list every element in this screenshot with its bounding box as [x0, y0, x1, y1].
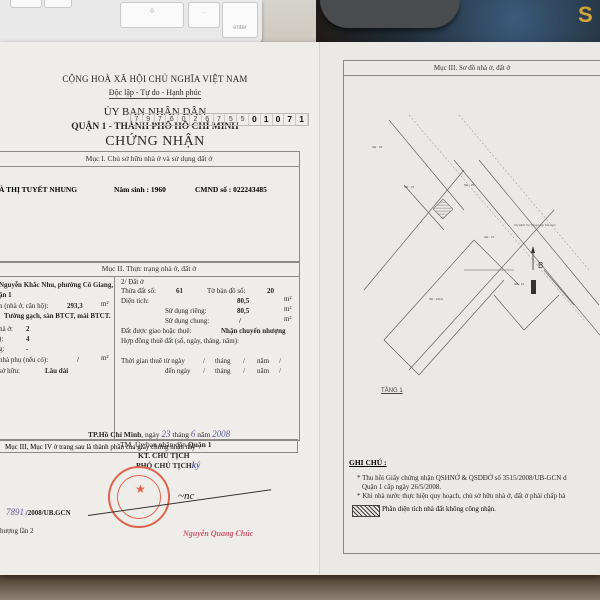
- table-edge: [0, 574, 600, 600]
- svg-text:Cty Dịch Vụ Tổng Hợp Sài Gòn: Cty Dịch Vụ Tổng Hợp Sài Gòn: [514, 223, 556, 227]
- lease-contract-label: Hợp đồng thuê đất (số, ngày, tháng, năm)…: [121, 337, 239, 345]
- note-2: * Khi nhà nước thực hiện quy hoạch, chủ …: [357, 492, 565, 500]
- land-heading: 2/ Đất ở: [121, 278, 144, 286]
- transfer-note: hượng lần 2: [0, 527, 34, 535]
- section-owner-title: Mục I. Chủ sở hữu nhà ở và sử dụng đất ở: [0, 152, 299, 167]
- svg-text:B: B: [538, 261, 543, 270]
- section-property: Mục II. Thực trạng nhà ở, đất ở Nguyễn K…: [0, 261, 300, 441]
- official-seal: ★: [108, 466, 170, 528]
- serial-digit: 1: [296, 114, 308, 125]
- document-title: CHỨNG NHẬN: [40, 134, 270, 150]
- house-address-district: ận 1: [0, 291, 12, 299]
- certificate-document: CỘNG HOÀ XÃ HỘI CHỦ NGHĨA VIỆT NAM Độc l…: [0, 42, 600, 575]
- floor-area-value: 293,3: [67, 302, 83, 310]
- birth-year: Năm sinh : 1960: [114, 185, 166, 194]
- parcel-value: 61: [176, 287, 183, 295]
- private-use-unit: m²: [284, 305, 292, 313]
- map-sheet-value: 20: [267, 287, 274, 295]
- serial-digit: 0: [273, 114, 285, 125]
- keyboard-key-enter: enter: [222, 2, 258, 38]
- national-motto: Độc lập - Tự do - Hạnh phúc: [40, 88, 270, 97]
- floor-label: TẦNG 1: [381, 388, 403, 394]
- svg-text:NĐ : 27: NĐ : 27: [484, 235, 495, 239]
- floor-area-label: n (nhà ở, căn hộ):: [0, 302, 48, 310]
- section-property-title: Mục II. Thực trạng nhà ở, đất ở: [0, 262, 299, 277]
- house-address: Nguyễn Khắc Nhu, phường Cô Giang,: [0, 281, 113, 289]
- keyboard-key-zero: 0: [120, 2, 184, 28]
- map-sheet-label: Tờ bản đồ số:: [207, 287, 246, 295]
- serial-digit: 7: [155, 114, 167, 125]
- lease-to-month-label: tháng: [215, 367, 231, 375]
- serial-number: 797602675501071: [130, 113, 309, 126]
- kt-chairman: KT. CHỦ TỊCH: [138, 451, 190, 460]
- serial-digit: 1: [261, 114, 273, 125]
- lease-from-day: /: [203, 357, 205, 365]
- serial-digit: 0: [249, 114, 261, 125]
- rooms-value: 4: [26, 335, 30, 343]
- serial-digit: 0: [178, 114, 190, 125]
- svg-text:NĐ : 45: NĐ : 45: [372, 145, 383, 149]
- keyboard-key: [44, 0, 72, 8]
- row3-label: g:: [0, 345, 4, 353]
- parcel-label: Thửa đất số:: [121, 287, 156, 295]
- aux-area-label: nhà phụ (nếu có):: [0, 356, 48, 364]
- serial-digit: 5: [237, 114, 249, 125]
- site-plan-diagram: B Cty Dịch Vụ Tổng Hợp Sài Gòn NĐ : 45 N…: [344, 90, 600, 390]
- hatch-legend-label: Phần diện tích nhà đất không công nhận.: [382, 505, 496, 513]
- lease-from-month: /: [243, 357, 245, 365]
- id-number: CMND số : 022243485: [195, 185, 267, 194]
- row3-value: -: [26, 345, 28, 353]
- aux-area-value: /: [77, 356, 79, 364]
- national-header: CỘNG HOÀ XÃ HỘI CHỦ NGHĨA VIỆT NAM: [40, 74, 270, 84]
- serial-digit: 6: [166, 114, 178, 125]
- hatch-legend-icon: [352, 505, 380, 517]
- lease-to-year-label: năm: [257, 367, 269, 375]
- shared-use-label: Sử dụng chung:: [165, 317, 209, 325]
- section-owner: Mục I. Chủ sở hữu nhà ở và sử dụng đất ở…: [0, 151, 300, 263]
- mousepad-logo: S: [578, 2, 600, 32]
- note-1-cont: Quận 1 cấp ngày 26/5/2008.: [362, 483, 441, 491]
- mouse: [320, 0, 460, 28]
- lease-from-year: /: [279, 357, 281, 365]
- private-use-label: Sử dụng riêng:: [165, 307, 207, 315]
- serial-digit: 5: [225, 114, 237, 125]
- svg-text:NĐ : 37: NĐ : 37: [404, 185, 415, 189]
- lease-to-day: /: [203, 367, 205, 375]
- svg-text:NĐ : 22bis: NĐ : 22bis: [429, 297, 444, 301]
- column-divider: [114, 276, 115, 440]
- on-behalf-line: TM. Ủy ban nhân dân Quận 1: [120, 440, 211, 449]
- owner-name: À THỊ TUYẾT NHUNG: [0, 185, 77, 194]
- serial-digit: 9: [143, 114, 155, 125]
- allocation-value: Nhận chuyển nhượng: [221, 327, 286, 335]
- lease-from-month-label: tháng: [215, 357, 231, 365]
- house-structure: Tường gạch, sàn BTCT, mái BTCT.: [4, 312, 111, 320]
- keyboard: 0 . enter: [0, 0, 262, 44]
- svg-text:NĐ : 21: NĐ : 21: [514, 282, 525, 286]
- land-area-unit: m²: [284, 295, 292, 303]
- serial-digit: 7: [131, 114, 143, 125]
- ownership-label: sở hữu:: [0, 367, 20, 375]
- allocation-label: Đất được giao hoặc thuê:: [121, 327, 191, 335]
- serial-digit: 2: [190, 114, 202, 125]
- note-1: * Thu hồi Giấy chứng nhận QSHNỞ & QSDĐỞ …: [357, 474, 567, 482]
- svg-text:NĐ : 25: NĐ : 25: [464, 183, 475, 187]
- serial-digit: 6: [202, 114, 214, 125]
- lease-from-label: Thời gian thuê từ ngày: [121, 357, 185, 365]
- certificate-number: 7891 /2008/UB.GCN: [6, 507, 71, 517]
- page-fold: [319, 42, 320, 575]
- private-use-value: 80,5: [237, 307, 249, 315]
- serial-digit: 7: [284, 114, 296, 125]
- keyboard-key: [10, 0, 42, 8]
- notes-heading: GHI CHÚ :: [349, 458, 387, 467]
- star-icon: ★: [135, 482, 146, 497]
- rooms-label: ):: [0, 335, 3, 343]
- section-site-plan-title: Mục III. Sơ đồ nhà ở, đất ở: [344, 61, 600, 76]
- lease-from-year-label: năm: [257, 357, 269, 365]
- shared-use-value: /: [239, 317, 241, 325]
- lease-to-year: /: [279, 367, 281, 375]
- land-area-label: Diện tích:: [121, 297, 149, 305]
- floors-value: 2: [26, 325, 30, 333]
- floors-label: hà ở:: [0, 325, 13, 333]
- lease-to-label: đến ngày: [165, 367, 190, 375]
- keyboard-key-period: .: [188, 2, 220, 28]
- signing-place-date: TP.Hồ Chí Minh, ngày 23 tháng 6 năm 2008: [88, 429, 230, 439]
- lease-to-month: /: [243, 367, 245, 375]
- land-area-value: 80,5: [237, 297, 249, 305]
- shared-use-unit: m²: [284, 315, 292, 323]
- signer-name: Nguyễn Quang Chúc: [183, 529, 253, 538]
- floor-area-unit: m²: [101, 300, 109, 308]
- ownership-value: Lâu dài: [45, 367, 68, 375]
- aux-area-unit: m²: [101, 354, 109, 362]
- serial-digit: 7: [214, 114, 226, 125]
